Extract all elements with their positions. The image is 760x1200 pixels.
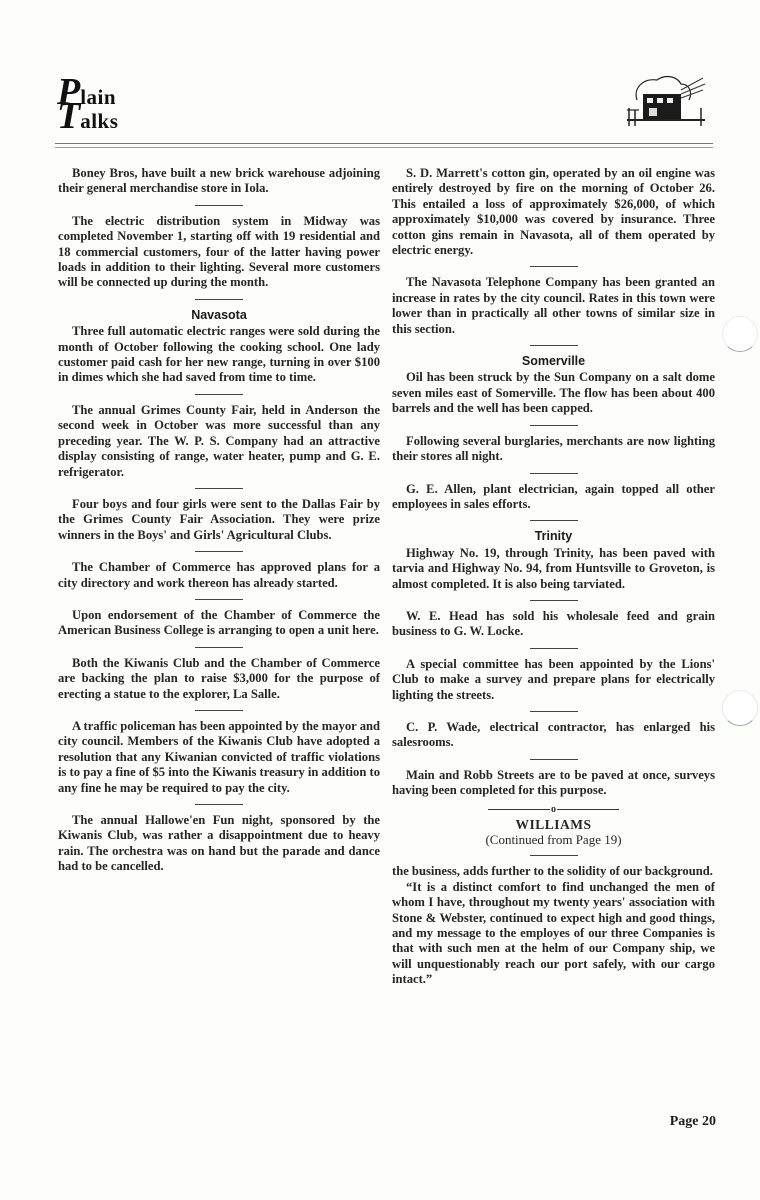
divider-line [488,809,550,810]
section-divider [195,488,243,489]
news-paragraph: S. D. Marrett's cotton gin, operated by … [392,166,715,258]
section-divider [195,299,243,300]
news-paragraph: Boney Bros, have built a new brick wareh… [58,166,380,197]
news-paragraph: Three full automatic electric ranges wer… [58,324,380,386]
news-paragraph: A traffic policeman has been appointed b… [58,719,380,796]
magazine-page: Plain Talks Boney Bros, have built a new… [0,0,760,1200]
news-paragraph: Upon endorsement of the Chamber of Comme… [58,608,380,639]
news-paragraph: C. P. Wade, electrical contractor, has e… [392,720,715,751]
power-plant-illustration-icon [623,70,709,130]
news-paragraph: Following several burglaries, merchants … [392,434,715,465]
article-title: WILLIAMS [392,817,715,832]
section-divider [530,520,578,521]
section-divider [195,551,243,552]
punch-hole [722,690,758,726]
section-heading: Somerville [392,354,715,369]
news-paragraph: G. E. Allen, plant electrician, again to… [392,482,715,513]
plain-talks-logo: Plain Talks [57,78,147,140]
news-paragraph: “It is a distinct comfort to find unchan… [392,880,715,988]
logo-word-talks: alks [80,109,118,133]
news-paragraph: The annual Hallowe'en Fun night, sponsor… [58,813,380,875]
section-divider [195,394,243,395]
section-divider [530,600,578,601]
ornamental-divider: o [392,805,715,815]
logo-cap-t: T [57,95,80,137]
left-column: Boney Bros, have built a new brick wareh… [58,166,380,875]
news-paragraph: the business, adds further to the solidi… [392,864,715,879]
news-paragraph: Main and Robb Streets are to be paved at… [392,768,715,799]
continuation-note: (Continued from Page 19) [392,832,715,847]
news-paragraph: The electric distribution system in Midw… [58,214,380,291]
divider-ornament: o [551,805,556,815]
section-divider [195,804,243,805]
news-paragraph: The annual Grimes County Fair, held in A… [58,403,380,480]
section-divider [195,205,243,206]
news-paragraph: Oil has been struck by the Sun Company o… [392,370,715,416]
section-divider [530,648,578,649]
section-divider [195,647,243,648]
section-heading: Trinity [392,529,715,544]
news-paragraph: A special committee has been appointed b… [392,657,715,703]
section-divider [530,855,578,856]
right-column: S. D. Marrett's cotton gin, operated by … [392,166,715,988]
news-paragraph: The Navasota Telephone Company has been … [392,275,715,337]
news-paragraph: Four boys and four girls were sent to th… [58,497,380,543]
section-divider [195,710,243,711]
masthead: Plain Talks [55,78,715,148]
masthead-rule [55,143,713,148]
page-number: Page 20 [670,1114,716,1130]
news-paragraph: W. E. Head has sold his wholesale feed a… [392,609,715,640]
punch-hole [722,316,758,352]
section-divider [195,599,243,600]
news-paragraph: Both the Kiwanis Club and the Chamber of… [58,656,380,702]
section-divider [530,266,578,267]
section-divider [530,345,578,346]
section-divider [530,425,578,426]
divider-line [557,809,619,810]
news-paragraph: The Chamber of Commerce has approved pla… [58,560,380,591]
section-divider [530,711,578,712]
section-heading: Navasota [58,308,380,323]
section-divider [530,473,578,474]
news-paragraph: Highway No. 19, through Trinity, has bee… [392,546,715,592]
section-divider [530,759,578,760]
